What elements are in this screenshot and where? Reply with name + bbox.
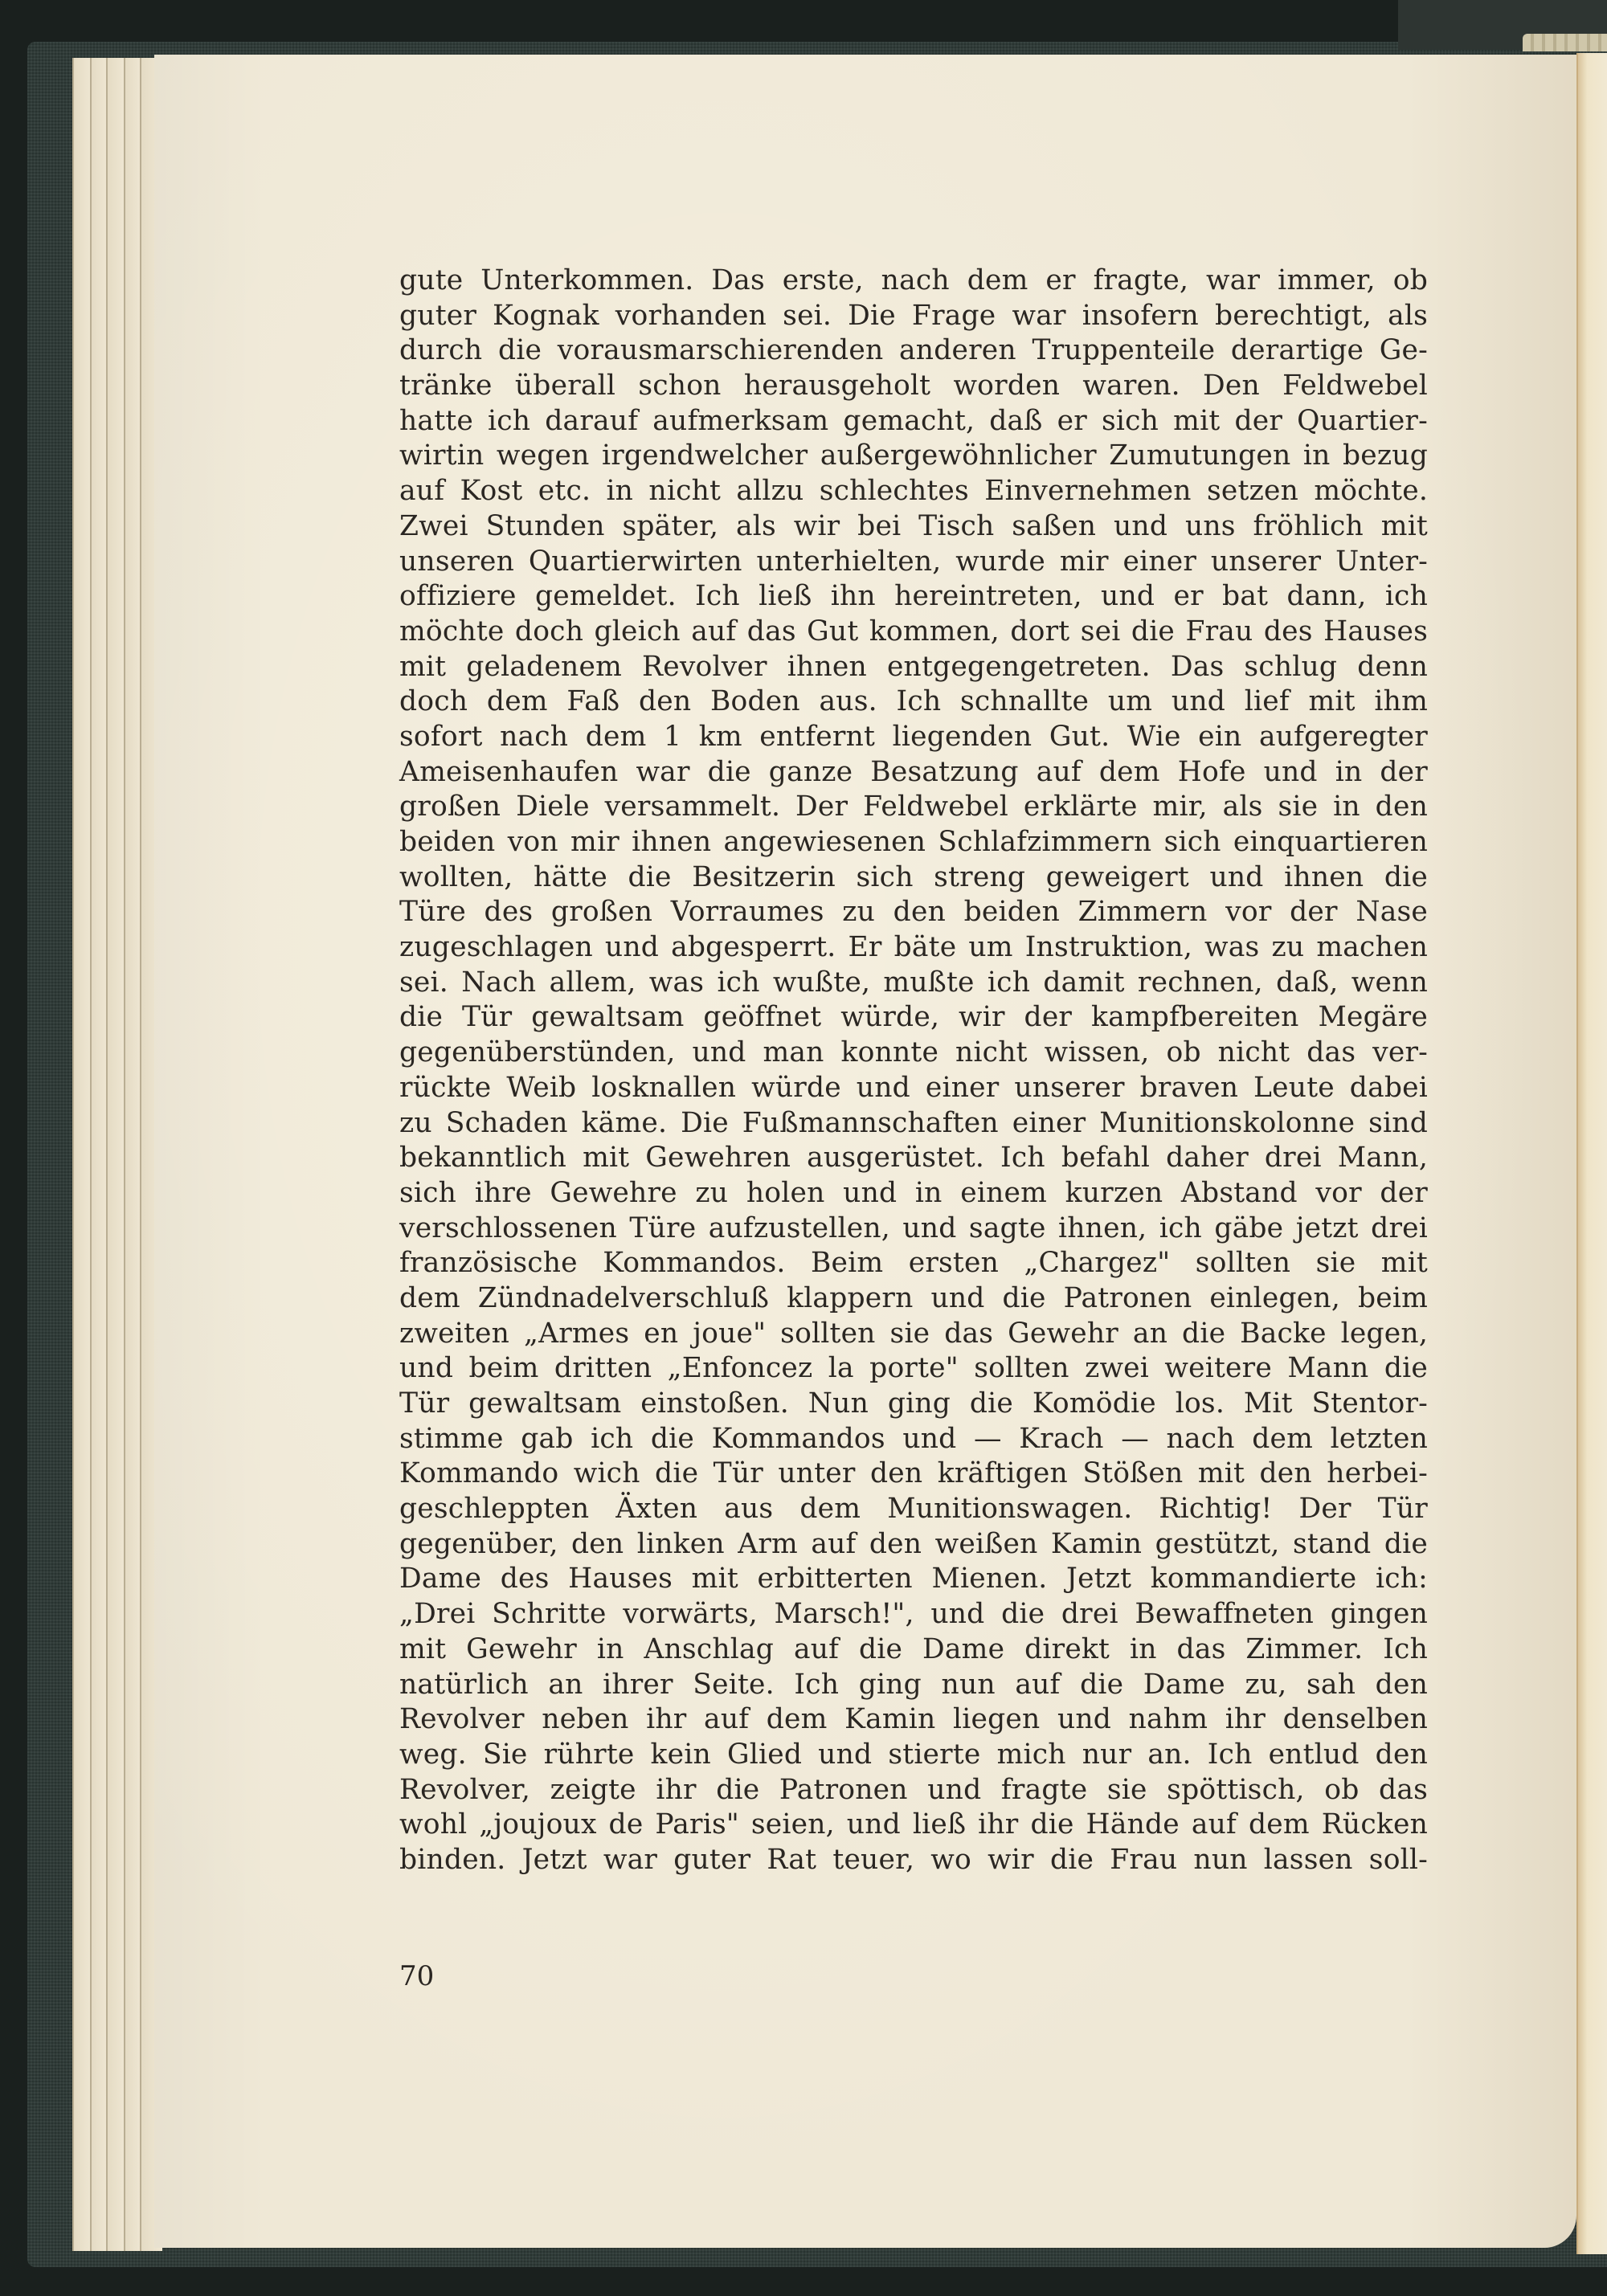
text-line: gegenüberstünden, und man konnte nicht w… — [399, 1036, 1428, 1071]
text-line: Türe des großen Vorraumes zu den beiden … — [399, 895, 1428, 930]
page-edge — [90, 58, 108, 2251]
text-line: rückte Weib losknallen würde und einer u… — [399, 1071, 1428, 1106]
text-line: Kommando wich die Tür unter den kräftige… — [399, 1456, 1428, 1492]
text-line: sei. Nach allem, was ich wußte, mußte ic… — [399, 966, 1428, 1001]
text-line: beiden von mir ihnen angewiesenen Schlaf… — [399, 825, 1428, 860]
text-line: zu Schaden käme. Die Fußmannschaften ein… — [399, 1106, 1428, 1142]
text-line: sofort nach dem 1 km entfernt liegenden … — [399, 720, 1428, 755]
text-line: verschlossenen Türe aufzustellen, und sa… — [399, 1211, 1428, 1247]
book-gutter — [1576, 53, 1607, 2254]
text-line: hatte ich darauf aufmerksam gemacht, daß… — [399, 404, 1428, 439]
text-line: guter Kognak vorhanden sei. Die Frage wa… — [399, 299, 1428, 334]
text-line: großen Diele versammelt. Der Feldwebel e… — [399, 790, 1428, 825]
text-line: auf Kost etc. in nicht allzu schlechtes … — [399, 474, 1428, 509]
text-line: geschleppten Äxten aus dem Munitionswage… — [399, 1492, 1428, 1527]
text-line: binden. Jetzt war guter Rat teuer, wo wi… — [399, 1843, 1428, 1878]
page-edge — [72, 58, 92, 2251]
text-line: wollten, hätte die Besitzerin sich stren… — [399, 860, 1428, 896]
book-headband — [1523, 34, 1607, 51]
body-text: gute Unterkommen. Das erste, nach dem er… — [399, 264, 1428, 1878]
text-line: weg. Sie rührte kein Glied und stierte m… — [399, 1738, 1428, 1773]
page-edge — [124, 58, 141, 2251]
text-line: Tür gewaltsam einstoßen. Nun ging die Ko… — [399, 1387, 1428, 1422]
text-line: bekanntlich mit Gewehren ausgerüstet. Ic… — [399, 1141, 1428, 1176]
text-line: tränke überall schon herausgeholt worden… — [399, 369, 1428, 404]
text-line: durch die vorausmarschierenden anderen T… — [399, 333, 1428, 369]
text-line: wirtin wegen irgendwelcher außergewöhnli… — [399, 439, 1428, 474]
text-line: zweiten „Armes en joue" sollten sie das … — [399, 1317, 1428, 1352]
text-line: möchte doch gleich auf das Gut kommen, d… — [399, 615, 1428, 650]
text-line: Zwei Stunden später, als wir bei Tisch s… — [399, 509, 1428, 545]
text-line: und beim dritten „Enfoncez la porte" sol… — [399, 1351, 1428, 1387]
text-line: Revolver, zeigte ihr die Patronen und fr… — [399, 1773, 1428, 1808]
text-line: französische Kommandos. Beim ersten „Cha… — [399, 1246, 1428, 1281]
text-line: unseren Quartierwirten unterhielten, wur… — [399, 545, 1428, 580]
page-edges-stack — [72, 58, 161, 2251]
scan-background: gute Unterkommen. Das erste, nach dem er… — [0, 0, 1607, 2296]
text-line: Ameisenhaufen war die ganze Besatzung au… — [399, 755, 1428, 791]
text-line: die Tür gewaltsam geöffnet würde, wir de… — [399, 1000, 1428, 1036]
text-line: stimme gab ich die Kommandos und — Krach… — [399, 1422, 1428, 1457]
text-line: „Drei Schritte vorwärts, Marsch!", und d… — [399, 1597, 1428, 1632]
text-line: offiziere gemeldet. Ich ließ ihn hereint… — [399, 579, 1428, 615]
text-line: natürlich an ihrer Seite. Ich ging nun a… — [399, 1668, 1428, 1703]
text-line: Dame des Hauses mit erbitterten Mienen. … — [399, 1562, 1428, 1597]
text-line: wohl „joujoux de Paris" seien, und ließ … — [399, 1808, 1428, 1843]
text-line: doch dem Faß den Boden aus. Ich schnallt… — [399, 684, 1428, 720]
page-edge — [106, 58, 125, 2251]
page-number: 70 — [399, 1960, 434, 1992]
text-line: dem Zündnadelverschluß klappern und die … — [399, 1281, 1428, 1317]
text-line: mit Gewehr in Anschlag auf die Dame dire… — [399, 1632, 1428, 1668]
text-line: mit geladenem Revolver ihnen entgegenget… — [399, 650, 1428, 685]
text-line: sich ihre Gewehre zu holen und in einem … — [399, 1176, 1428, 1211]
text-line: gegenüber, den linken Arm auf den weißen… — [399, 1527, 1428, 1563]
text-line: Revolver neben ihr auf dem Kamin liegen … — [399, 1702, 1428, 1738]
text-line: gute Unterkommen. Das erste, nach dem er… — [399, 264, 1428, 299]
text-line: zugeschlagen und abgesperrt. Er bäte um … — [399, 930, 1428, 966]
